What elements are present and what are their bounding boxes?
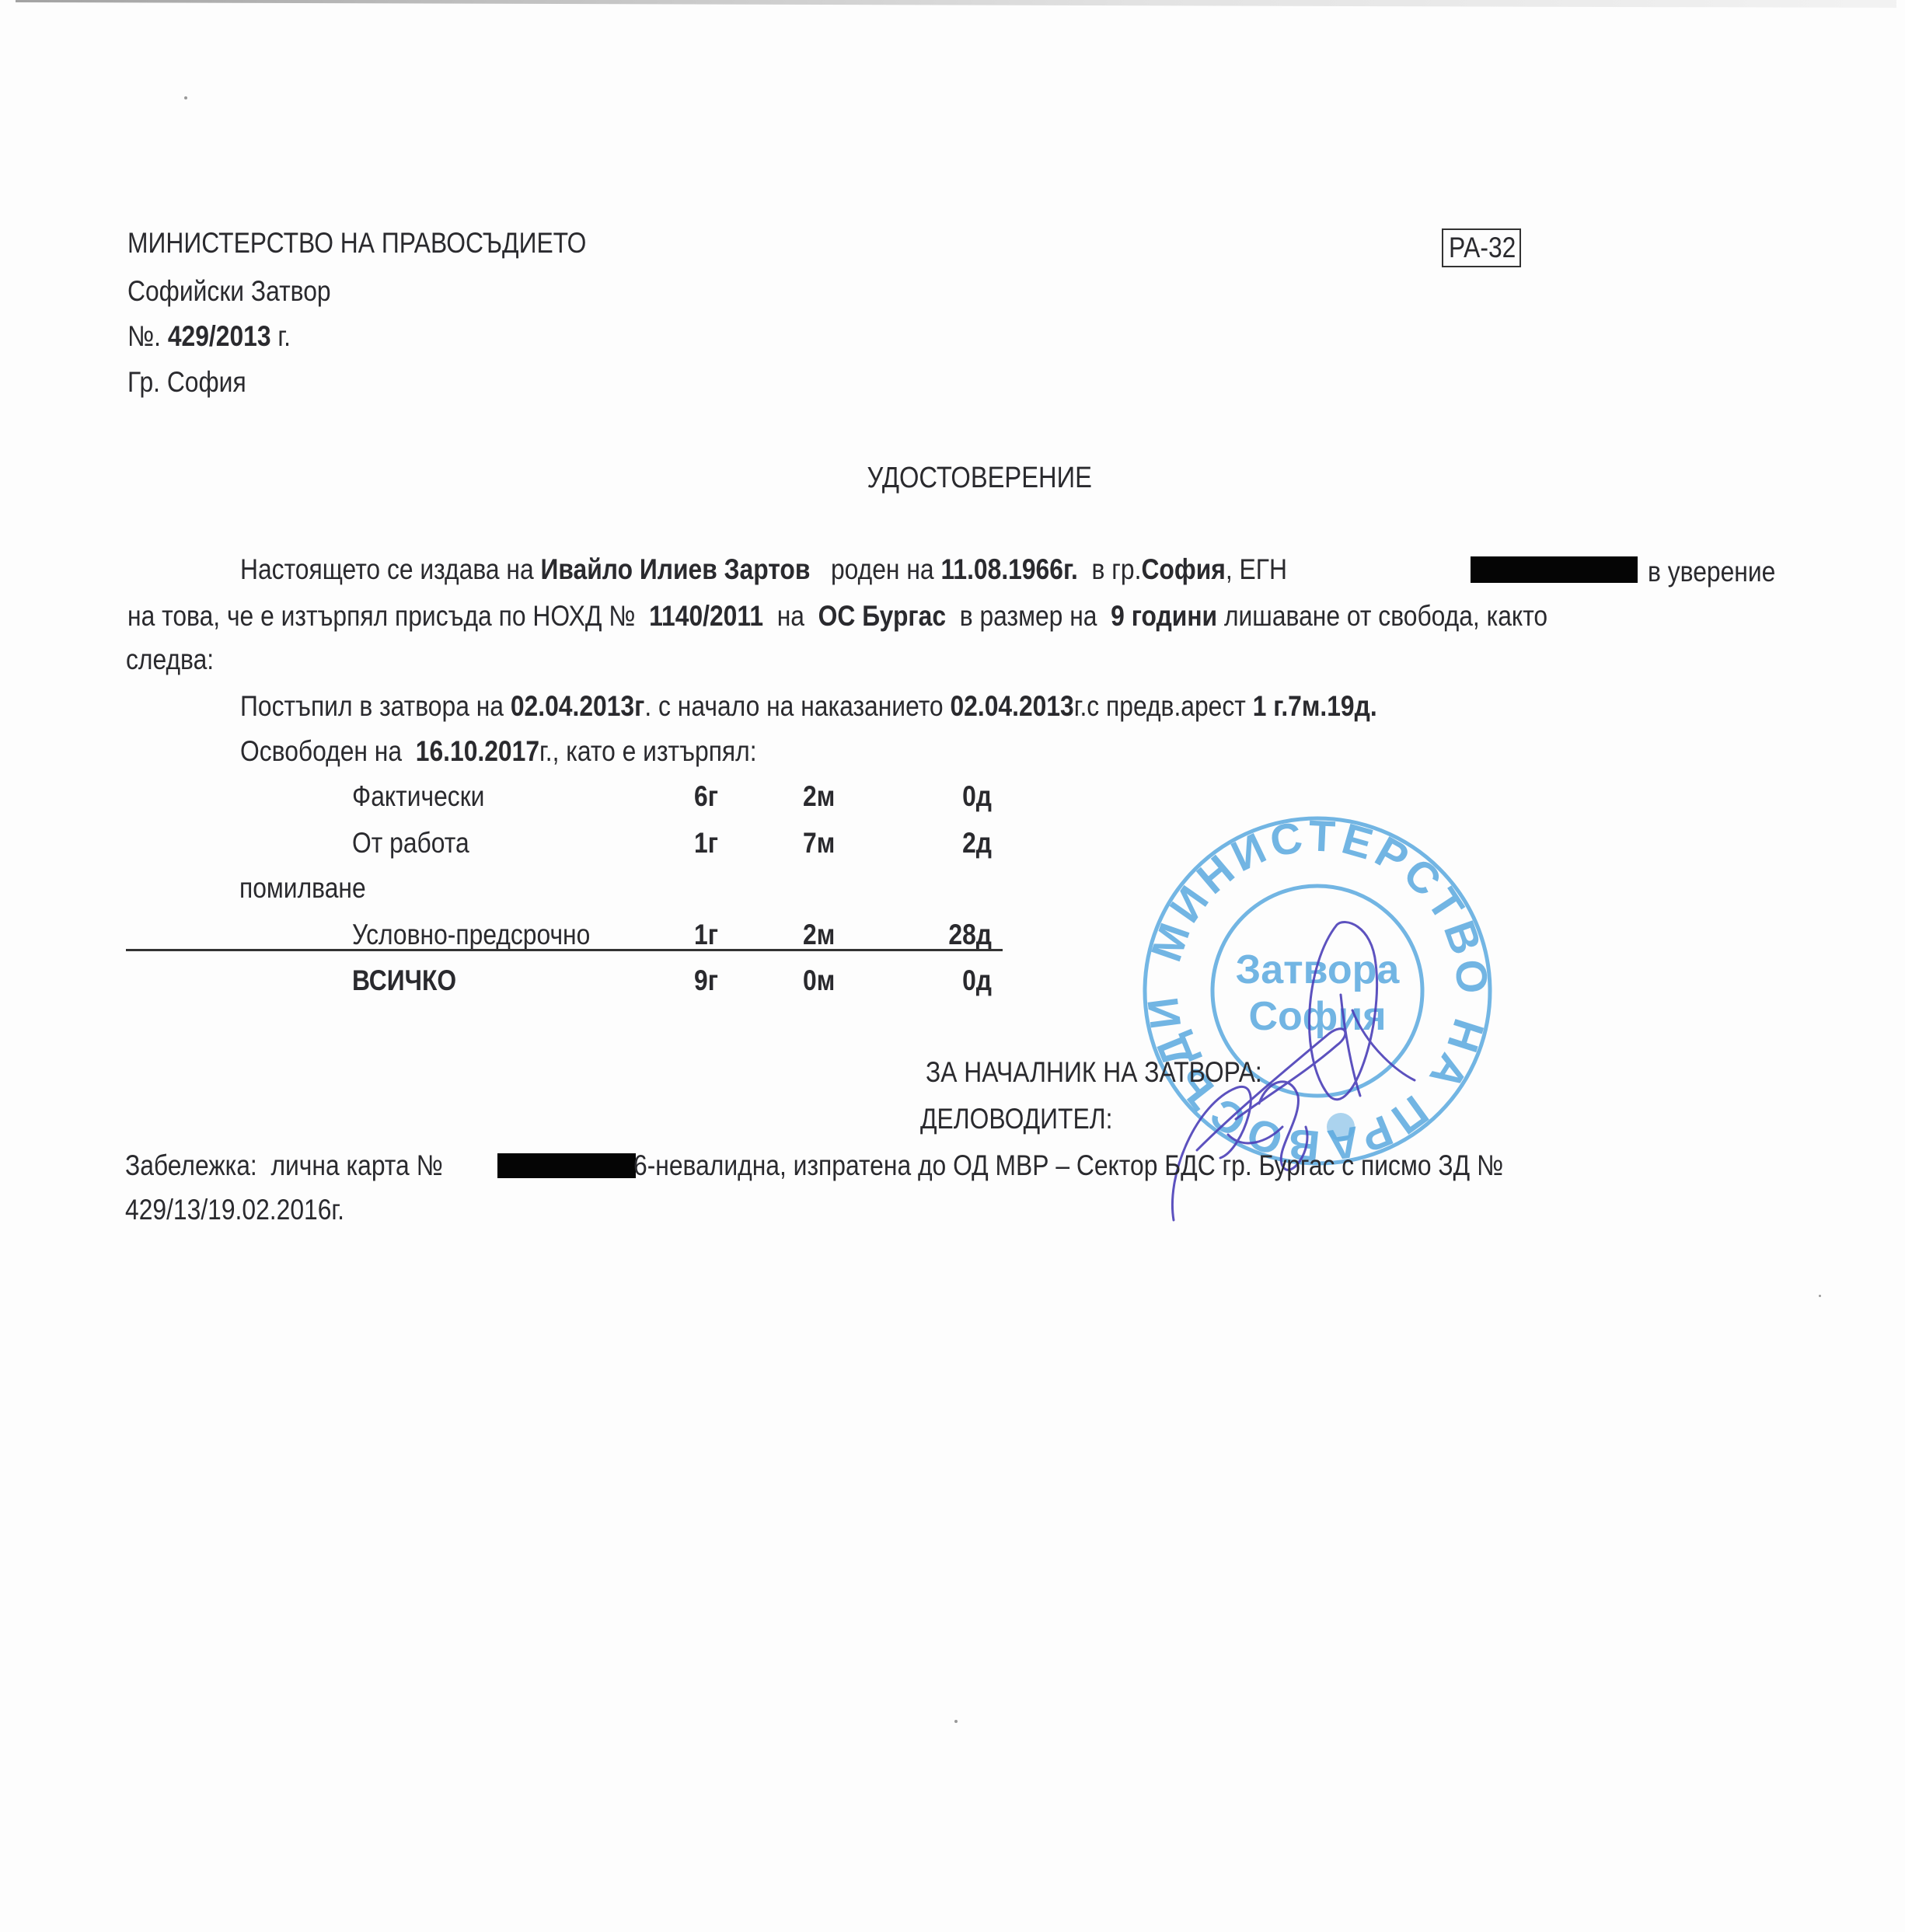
table-row-days: 2д [938,826,992,860]
table-total-days: 0д [938,964,992,998]
form-code: РА-32 [1449,230,1516,266]
pretrial-detention: 1 г.7м.19д. [1253,690,1377,722]
city: Гр. София [127,365,246,399]
court-name: ОС Бургас [818,600,946,632]
ministry-name: МИНИСТЕРСТВО НА ПРАВОСЪДИЕТО [127,226,586,260]
document-number: №. 429/2013 г. [127,319,291,354]
scan-speck [184,96,187,99]
entered-line: Постъпил в затвора на 02.04.2013г. с нач… [240,689,1377,724]
birth-date: 11.08.1966г. [940,553,1077,585]
note-line-1-start: Забележка: лична карта № [125,1149,443,1183]
sentence-length: 9 години [1111,600,1217,632]
paragraph-line-1: Настоящето се издава на Ивайло Илиев Зар… [240,553,1287,587]
number-prefix: №. [127,320,161,352]
table-row-years: 1г [694,826,718,860]
handwritten-signature [1150,917,1477,1243]
table-row-label: Условно-предсрочно [352,918,590,952]
table-row-days: 28д [938,918,992,952]
scan-speck [954,1720,958,1723]
table-total-rule [126,949,1003,951]
paragraph-line-2: на това, че е изтърпял присъда по НОХД №… [127,599,1547,633]
paragraph-line-1-end: в уверение [1648,555,1775,589]
table-row-months: 2м [803,918,835,952]
table-row-label: Фактически [352,779,484,814]
signature-role: ДЕЛОВОДИТЕЛ: [920,1102,1112,1136]
table-row-months: 7м [803,826,835,860]
table-total-months: 0м [803,964,835,998]
form-code-box: РА-32 [1442,228,1521,267]
table-row-years: 6г [694,779,718,814]
birth-city: София [1141,553,1225,585]
table-row-months: 2м [803,779,835,814]
egn-redaction [1471,556,1638,583]
case-number: 1140/2011 [649,600,763,632]
institution-name: Софийски Затвор [127,274,331,309]
table-row-days: 0д [938,779,992,814]
table-total-label: ВСИЧКО [352,964,456,998]
note-line-2: 429/13/19.02.2016г. [125,1193,344,1227]
table-row-years: 1г [694,918,718,952]
number-value: 429/2013 [168,320,271,352]
paragraph-line-3: следва: [126,643,214,677]
released-date: 16.10.2017 [416,735,539,767]
entered-date: 02.04.2013г [511,690,645,722]
id-card-redaction [497,1153,636,1178]
person-name: Ивайло Илиев Зартов [541,553,811,585]
table-total-years: 9г [694,964,718,998]
note-label: Забележка: [125,1149,257,1181]
scan-speck [1819,1295,1821,1297]
note-line-1-end: 6-невалидна, изпратена до ОД МВР – Секто… [633,1149,1503,1183]
scan-edge [16,0,1896,8]
released-line: Освободен на 16.10.2017г., като е изтърп… [240,734,757,769]
table-row-label: От работа [352,826,469,860]
start-date: 02.04.2013 [950,690,1073,722]
number-suffix: г. [277,320,291,352]
table-row-label: помилване [239,871,366,905]
document-title: УДОСТОВЕРЕНИЕ [0,460,1905,496]
